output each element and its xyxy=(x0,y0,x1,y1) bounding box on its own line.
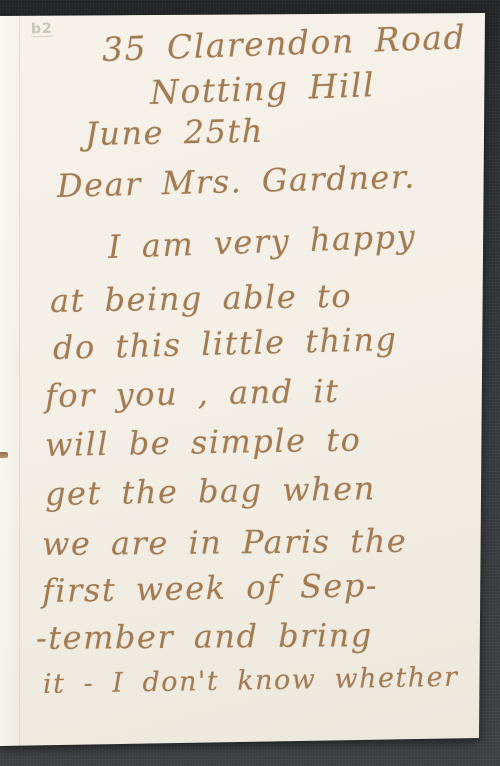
letter-line-body: at being able to xyxy=(50,280,353,317)
letter-line-body: we are in Paris the xyxy=(42,525,407,560)
catalog-mark: b2 xyxy=(31,21,53,38)
letter-line-address-street: 35 Clarendon Road xyxy=(101,20,466,66)
letter-page-wrapper: b2 35 Clarendon Road Notting Hill June 2… xyxy=(0,0,500,766)
scan-background: b2 35 Clarendon Road Notting Hill June 2… xyxy=(0,0,500,766)
ink-smudge xyxy=(0,452,8,458)
letter-line-body: it - I don't know whether xyxy=(43,664,459,698)
letter-line-body: I am very happy xyxy=(107,220,416,263)
letter-line-body: for you , and it xyxy=(45,375,340,412)
letter-line-date: June 25th xyxy=(85,115,264,150)
letter-page: b2 35 Clarendon Road Notting Hill June 2… xyxy=(0,0,500,766)
letter-line-body: -tember and bring xyxy=(36,619,373,654)
letter-line-salutation: Dear Mrs. Gardner. xyxy=(57,161,417,202)
letter-line-body: will be simple to xyxy=(45,423,362,461)
letter-line-body: do this little thing xyxy=(53,323,398,364)
fold-crease-line xyxy=(19,16,21,746)
letter-line-address-district: Notting Hill xyxy=(149,68,375,109)
letter-line-body: first week of Sep- xyxy=(42,569,379,607)
letter-line-body: get the bag when xyxy=(45,472,376,510)
page-fold-edge xyxy=(0,16,19,746)
